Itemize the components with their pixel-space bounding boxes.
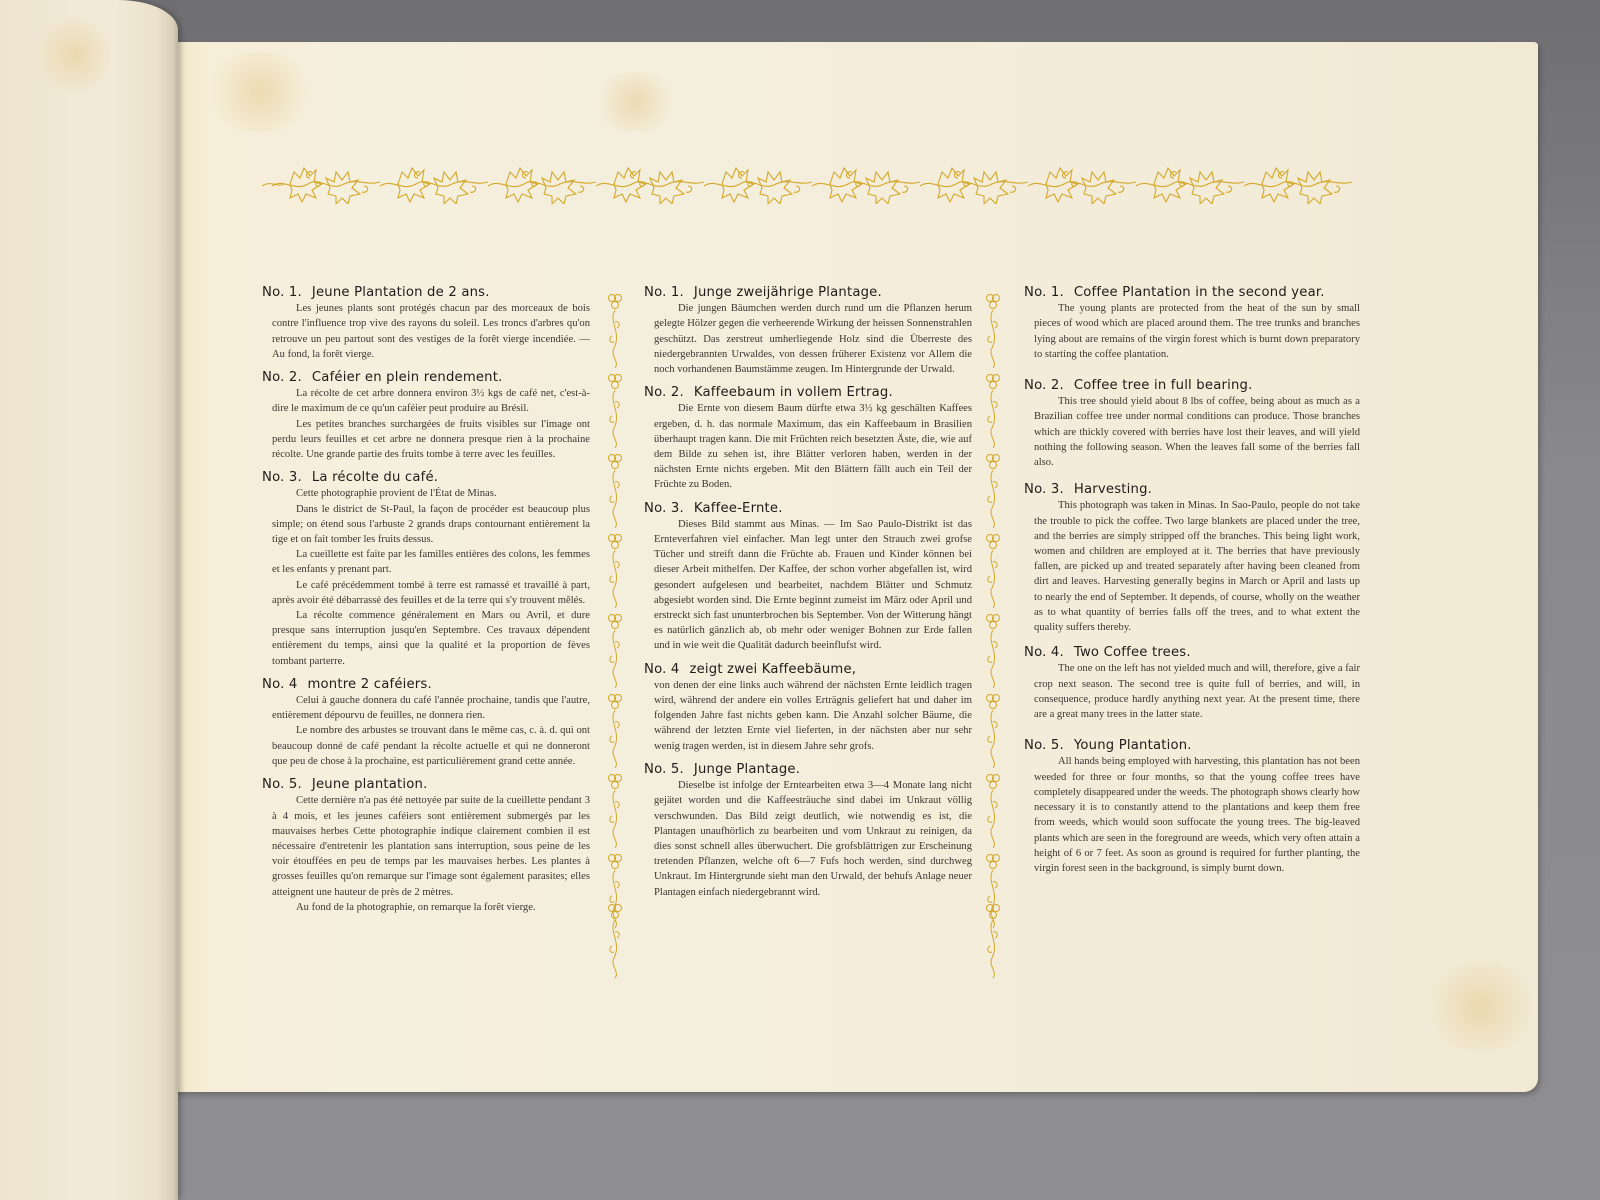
caption-section: No. 5.Junge Plantage. Dieselbe ist infol… — [644, 762, 972, 900]
caption-number: No. 2. — [262, 370, 302, 385]
caption-paragraph: Les petites branches surchargées de frui… — [272, 417, 590, 463]
caption-paragraph: Dieses Bild stammt aus Minas. — Im Sao P… — [654, 517, 972, 654]
caption-section: No. 1.Junge zweijährige Plantage. Die ju… — [644, 285, 972, 377]
caption-number: No. 5. — [644, 762, 684, 777]
caption-section: No. 2.Caféier en plein rendement. La réc… — [262, 370, 590, 462]
caption-heading: No. 3.La récolte du café. — [262, 470, 590, 485]
curled-left-page — [0, 0, 178, 1200]
caption-section: No. 3.La récolte du café. Cette photogra… — [262, 470, 590, 669]
caption-number: No. 3. — [1024, 482, 1064, 497]
caption-heading: No. 2.Caféier en plein rendement. — [262, 370, 590, 385]
paper-stain — [1420, 962, 1540, 1052]
caption-title: Jeune plantation. — [312, 777, 428, 792]
caption-paragraph: Au fond de la photographie, on remarque … — [272, 900, 590, 915]
caption-title: Two Coffee trees. — [1074, 645, 1191, 660]
caption-number: No. 1. — [1024, 285, 1064, 300]
caption-paragraph: This tree should yield about 8 lbs of co… — [1034, 394, 1360, 470]
caption-section: No. 3.Harvesting. This photograph was ta… — [1024, 482, 1360, 635]
caption-heading: No. 2.Kaffeebaum in vollem Ertrag. — [644, 385, 972, 400]
caption-paragraph: Dans le district de St-Paul, la façon de… — [272, 502, 590, 548]
caption-title: Kaffee-Ernte. — [694, 501, 783, 516]
caption-section: No. 3.Kaffee-Ernte. Dieses Bild stammt a… — [644, 501, 972, 654]
caption-paragraph: La récolte commence généralement en Mars… — [272, 608, 590, 669]
caption-paragraph: Die jungen Bäumchen werden durch rund um… — [654, 301, 972, 377]
caption-heading: No. 3.Kaffee-Ernte. — [644, 501, 972, 516]
caption-section: No. 1.Coffee Plantation in the second ye… — [1024, 285, 1360, 362]
caption-title: Jeune Plantation de 2 ans. — [312, 285, 490, 300]
caption-heading: No. 4montre 2 caféiers. — [262, 677, 590, 692]
caption-number: No. 3. — [262, 470, 302, 485]
caption-title: montre 2 caféiers. — [307, 677, 431, 692]
english-column: No. 1.Coffee Plantation in the second ye… — [1024, 285, 1360, 884]
caption-number: No. 4. — [1024, 645, 1064, 660]
caption-heading: No. 4zeigt zwei Kaffeebäume, — [644, 662, 972, 677]
caption-paragraph: The young plants are protected from the … — [1034, 301, 1360, 362]
paper-stain — [200, 52, 320, 132]
caption-title: Caféier en plein rendement. — [312, 370, 503, 385]
caption-heading: No. 1.Coffee Plantation in the second ye… — [1024, 285, 1360, 300]
caption-heading: No. 5.Young Plantation. — [1024, 738, 1360, 753]
caption-number: No. 4 — [262, 677, 297, 692]
caption-heading: No. 1.Junge zweijährige Plantage. — [644, 285, 972, 300]
caption-section: No. 2.Kaffeebaum in vollem Ertrag. Die E… — [644, 385, 972, 492]
german-column: No. 1.Junge zweijährige Plantage. Die ju… — [644, 285, 972, 908]
caption-paragraph: The one on the left has not yielded much… — [1034, 661, 1360, 722]
caption-number: No. 4 — [644, 662, 679, 677]
caption-paragraph: von denen der eine links auch während de… — [654, 678, 972, 754]
caption-title: La récolte du café. — [312, 470, 438, 485]
caption-number: No. 3. — [644, 501, 684, 516]
caption-heading: No. 5.Jeune plantation. — [262, 777, 590, 792]
caption-title: zeigt zwei Kaffeebäume, — [689, 662, 856, 677]
caption-paragraph: Le café précédemment tombé à terre est r… — [272, 578, 590, 608]
vine-divider-right-icon — [984, 292, 1002, 982]
caption-title: Coffee tree in full bearing. — [1074, 378, 1253, 393]
caption-title: Coffee Plantation in the second year. — [1074, 285, 1325, 300]
caption-title: Harvesting. — [1074, 482, 1152, 497]
caption-section: No. 4zeigt zwei Kaffeebäume, von denen d… — [644, 662, 972, 754]
caption-number: No. 2. — [1024, 378, 1064, 393]
caption-section: No. 2.Coffee tree in full bearing. This … — [1024, 378, 1360, 470]
caption-heading: No. 1.Jeune Plantation de 2 ans. — [262, 285, 590, 300]
caption-section: No. 4.Two Coffee trees. The one on the l… — [1024, 645, 1360, 722]
caption-paragraph: Cette photographie provient de l'État de… — [272, 486, 590, 501]
caption-paragraph: Cette dernière n'a pas été nettoyée par … — [272, 793, 590, 899]
vine-ornament-header-icon — [262, 162, 1374, 204]
caption-heading: No. 3.Harvesting. — [1024, 482, 1360, 497]
caption-number: No. 1. — [262, 285, 302, 300]
caption-paragraph: Die Ernte von diesem Baum dürfte etwa 3½… — [654, 401, 972, 492]
caption-heading: No. 2.Coffee tree in full bearing. — [1024, 378, 1360, 393]
caption-number: No. 5. — [262, 777, 302, 792]
caption-number: No. 5. — [1024, 738, 1064, 753]
caption-title: Junge Plantage. — [694, 762, 800, 777]
caption-heading: No. 4.Two Coffee trees. — [1024, 645, 1360, 660]
caption-paragraph: This photograph was taken in Minas. In S… — [1034, 498, 1360, 635]
caption-paragraph: Les jeunes plants sont protégés chacun p… — [272, 301, 590, 362]
caption-paragraph: All hands being employed with harvesting… — [1034, 754, 1360, 876]
caption-number: No. 2. — [644, 385, 684, 400]
vine-divider-left-icon — [606, 292, 624, 982]
caption-paragraph: Celui à gauche donnera du café l'année p… — [272, 693, 590, 723]
caption-heading: No. 5.Junge Plantage. — [644, 762, 972, 777]
caption-paragraph: La cueillette est faite par les familles… — [272, 547, 590, 577]
caption-number: No. 1. — [644, 285, 684, 300]
paper-stain — [40, 10, 110, 100]
french-column: No. 1.Jeune Plantation de 2 ans. Les jeu… — [262, 285, 590, 923]
caption-title: Young Plantation. — [1074, 738, 1192, 753]
caption-section: No. 5.Jeune plantation. Cette dernière n… — [262, 777, 590, 915]
caption-title: Junge zweijährige Plantage. — [694, 285, 882, 300]
caption-title: Kaffeebaum in vollem Ertrag. — [694, 385, 893, 400]
caption-section: No. 4montre 2 caféiers. Celui à gauche d… — [262, 677, 590, 769]
caption-section: No. 5.Young Plantation. All hands being … — [1024, 738, 1360, 876]
paper-stain — [590, 72, 680, 132]
caption-paragraph: Dieselbe ist infolge der Erntearbeiten e… — [654, 778, 972, 900]
caption-section: No. 1.Jeune Plantation de 2 ans. Les jeu… — [262, 285, 590, 362]
caption-paragraph: La récolte de cet arbre donnera environ … — [272, 386, 590, 416]
caption-paragraph: Le nombre des arbustes se trouvant dans … — [272, 723, 590, 769]
